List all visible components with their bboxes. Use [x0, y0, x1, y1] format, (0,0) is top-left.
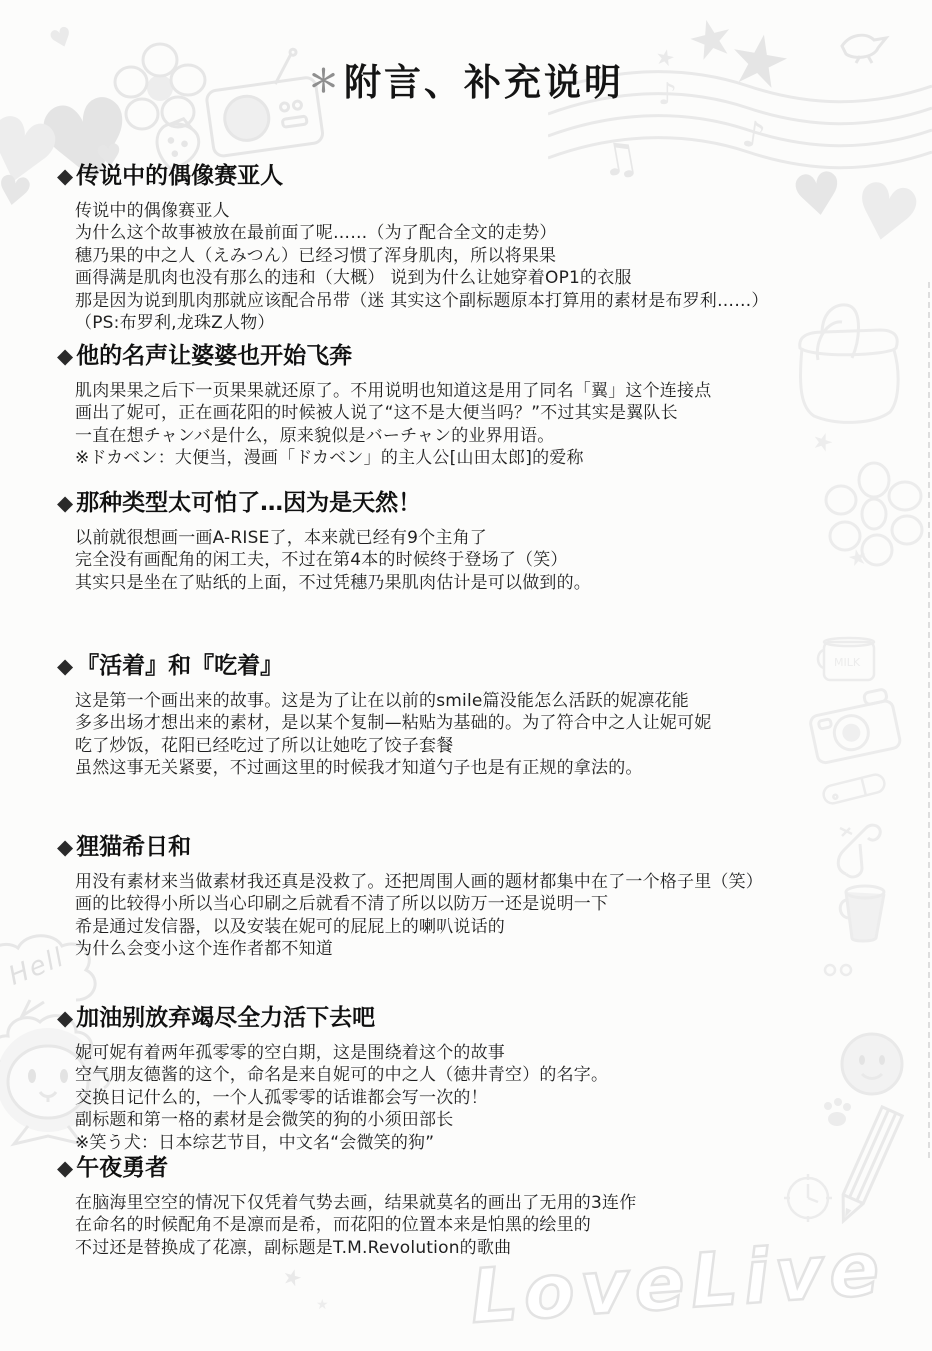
section-header: ◆ 狸猫希日和: [57, 831, 917, 863]
section: ◆ 他的名声让婆婆也开始飞奔 肌肉果果之后下一页果果就还原了。不用说明也知道这是…: [57, 340, 917, 470]
section-line: 吃了炒饭，花阳已经吃过了所以让她吃了饺子套餐: [75, 735, 917, 757]
section-header: ◆ 他的名声让婆婆也开始飞奔: [57, 340, 917, 372]
section-header: ◆ 那种类型太可怕了…因为是天然！: [57, 487, 917, 519]
section-line: 虽然这事无关紧要，不过画这里的时候我才知道勺子也是有正规的拿法的。: [75, 757, 917, 779]
section-line: ※笑う犬：日本综艺节目，中文名“会微笑的狗”: [75, 1132, 917, 1154]
section: ◆ 午夜勇者 在脑海里空空的情况下仅凭着气势去画，结果就莫名的画出了无用的3连作…: [57, 1152, 917, 1259]
section-body: 传说中的偶像赛亚人 为什么这个故事被放在最前面了呢……（为了配合全文的走势） 穗…: [57, 200, 917, 334]
section-line: 空气朋友德酱的这个，命名是来自妮可的中之人（徳井青空）的名字。: [75, 1064, 917, 1086]
section-title: 午夜勇者: [76, 1152, 168, 1184]
section-line: 妮可妮有着两年孤零零的空白期，这是围绕着这个的故事: [75, 1042, 917, 1064]
section-line: 在命名的时候配角不是凛而是希，而花阳的位置本来是怕黑的绘里的: [75, 1214, 917, 1236]
section-title: 『活着』和『吃着』: [76, 650, 283, 682]
section-header: ◆ 传说中的偶像赛亚人: [57, 160, 917, 192]
section-line: 副标题和第一格的素材是会微笑的狗的小须田部长: [75, 1109, 917, 1131]
section-line: 多多出场才想出来的素材，是以某个复制—粘贴为基础的。为了符合中之人让妮可妮: [75, 712, 917, 734]
section-line: 在脑海里空空的情况下仅凭着气势去画，结果就莫名的画出了无用的3连作: [75, 1192, 917, 1214]
section-title: 那种类型太可怕了…因为是天然！: [76, 487, 421, 519]
diamond-bullet: ◆: [57, 160, 73, 192]
section-line: ※ドカベン：大便当，漫画「ドカベン」的主人公[山田太郎]的爱称: [75, 447, 917, 469]
page-title: ＊附言、补充说明: [0, 52, 932, 106]
section-line: 以前就很想画一画A-RISE了，本来就已经有9个主角了: [75, 527, 917, 549]
diamond-bullet: ◆: [57, 831, 73, 863]
section-line: 画的比较得小所以当心印刷之后就看不清了所以以防万一还是说明一下: [75, 893, 917, 915]
section-line: 为什么会变小这个连作者都不知道: [75, 938, 917, 960]
diamond-bullet: ◆: [57, 340, 73, 372]
section: ◆ 传说中的偶像赛亚人 传说中的偶像赛亚人 为什么这个故事被放在最前面了呢……（…: [57, 160, 917, 334]
title-asterisk: ＊: [308, 64, 342, 100]
section-line: 穗乃果的中之人（えみつん）已经习惯了浑身肌肉，所以将果果: [75, 245, 917, 267]
section-line: 那是因为说到肌肉那就应该配合吊带（迷 其实这个副标题原本打算用的素材是布罗利………: [75, 290, 917, 312]
section-line: 为什么这个故事被放在最前面了呢……（为了配合全文的走势）: [75, 222, 917, 244]
section-line: 画得满是肌肉也没有那么的违和（大概） 说到为什么让她穿着OP1的衣服: [75, 267, 917, 289]
section-body: 妮可妮有着两年孤零零的空白期，这是围绕着这个的故事 空气朋友德酱的这个，命名是来…: [57, 1042, 917, 1154]
section-line: 传说中的偶像赛亚人: [75, 200, 917, 222]
section-line: 一直在想チャンバ是什么，原来貌似是バーチャン的业界用语。: [75, 425, 917, 447]
section-body: 肌肉果果之后下一页果果就还原了。不用说明也知道这是用了同名「翼」这个连接点 画出…: [57, 380, 917, 470]
section-body: 这是第一个画出来的故事。这是为了让在以前的smile篇没能怎么活跃的妮凛花能 多…: [57, 690, 917, 780]
section-body: 用没有素材来当做素材我还真是没救了。还把周围人画的题材都集中在了一个格子里（笑）…: [57, 871, 917, 961]
section-line: 这是第一个画出来的故事。这是为了让在以前的smile篇没能怎么活跃的妮凛花能: [75, 690, 917, 712]
section-line: 画出了妮可，正在画花阳的时候被人说了“这不是大便当吗？”不过其实是翼队长: [75, 402, 917, 424]
section-title: 他的名声让婆婆也开始飞奔: [76, 340, 352, 372]
section-line: 不过还是替换成了花凛，副标题是T.M.Revolution的歌曲: [75, 1237, 917, 1259]
section-line: （PS:布罗利,龙珠Z人物）: [75, 312, 917, 334]
section-line: 用没有素材来当做素材我还真是没救了。还把周围人画的题材都集中在了一个格子里（笑）: [75, 871, 917, 893]
section-line: 其实只是坐在了贴纸的上面，不过凭穗乃果肌肉估计是可以做到的。: [75, 572, 917, 594]
section: ◆ 狸猫希日和 用没有素材来当做素材我还真是没救了。还把周围人画的题材都集中在了…: [57, 831, 917, 961]
section-title: 传说中的偶像赛亚人: [76, 160, 283, 192]
section: ◆ 加油别放弃竭尽全力活下去吧 妮可妮有着两年孤零零的空白期，这是围绕着这个的故…: [57, 1002, 917, 1154]
diamond-bullet: ◆: [57, 1002, 73, 1034]
section-body: 在脑海里空空的情况下仅凭着气势去画，结果就莫名的画出了无用的3连作 在命名的时候…: [57, 1192, 917, 1259]
section: ◆ 那种类型太可怕了…因为是天然！ 以前就很想画一画A-RISE了，本来就已经有…: [57, 487, 917, 594]
section-header: ◆ 『活着』和『吃着』: [57, 650, 917, 682]
diamond-bullet: ◆: [57, 487, 73, 519]
diamond-bullet: ◆: [57, 1152, 73, 1184]
diamond-bullet: ◆: [57, 650, 73, 682]
section-header: ◆ 加油别放弃竭尽全力活下去吧: [57, 1002, 917, 1034]
section-line: 希是通过发信器，以及安装在妮可的屁屁上的喇叭说话的: [75, 916, 917, 938]
section-title: 狸猫希日和: [76, 831, 191, 863]
section-line: 肌肉果果之后下一页果果就还原了。不用说明也知道这是用了同名「翼」这个连接点: [75, 380, 917, 402]
page-content: ＊附言、补充说明 ◆ 传说中的偶像赛亚人 传说中的偶像赛亚人 为什么这个故事被放…: [0, 0, 932, 1351]
section-header: ◆ 午夜勇者: [57, 1152, 917, 1184]
section-line: 交换日记什么的，一个人孤零零的话谁都会写一次的！: [75, 1087, 917, 1109]
section-line: 完全没有画配角的闲工夫，不过在第4本的时候终于登场了（笑）: [75, 549, 917, 571]
section: ◆ 『活着』和『吃着』 这是第一个画出来的故事。这是为了让在以前的smile篇没…: [57, 650, 917, 780]
section-title: 加油别放弃竭尽全力活下去吧: [76, 1002, 375, 1034]
page-title-text: 附言、补充说明: [344, 61, 624, 104]
section-body: 以前就很想画一画A-RISE了，本来就已经有9个主角了 完全没有画配角的闲工夫，…: [57, 527, 917, 594]
